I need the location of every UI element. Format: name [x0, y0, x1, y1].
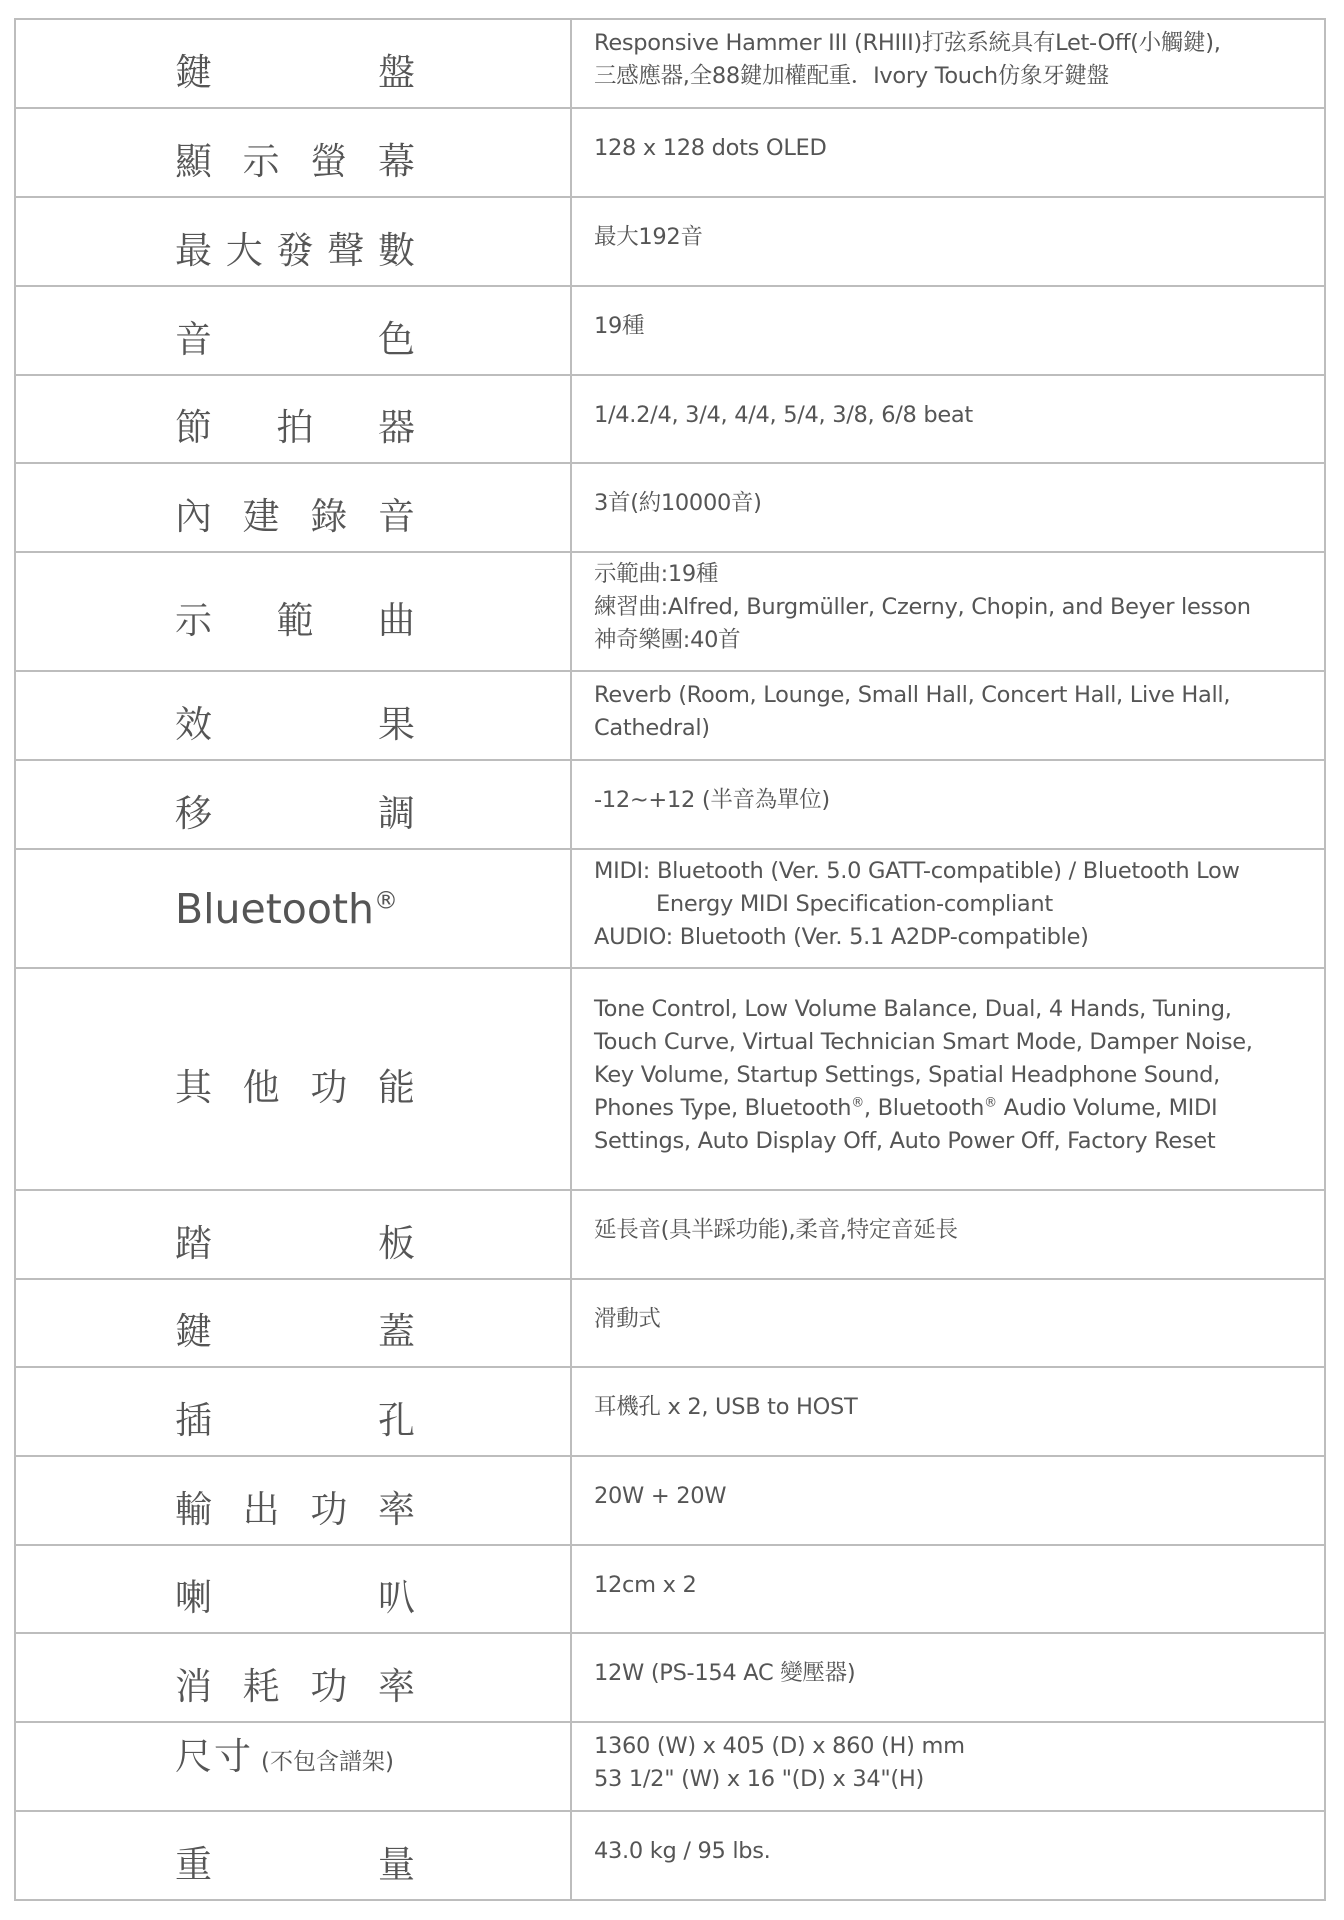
spec-label-cell: 重 量 — [15, 1811, 571, 1900]
spec-value-cell: 最大192音 — [571, 197, 1325, 286]
spec-label-cell: Bluetooth® — [15, 849, 571, 968]
spec-value-line: Cathedral) — [594, 712, 1314, 745]
spec-row: 其 他 功 能Tone Control, Low Volume Balance,… — [15, 968, 1325, 1190]
spec-value-cell: -12~+12 (半音為單位) — [571, 760, 1325, 849]
spec-label-cell: 輸 出 功 率 — [15, 1456, 571, 1545]
spec-row: 踏 板延長音(具半踩功能),柔音,特定音延長 — [15, 1190, 1325, 1279]
spec-label-cell: 鍵 盤 — [15, 19, 571, 108]
spec-value-line: Responsive Hammer III (RHIII)打弦系統具有Let-O… — [594, 27, 1314, 60]
spec-label: 喇 叭 — [175, 1558, 415, 1620]
spec-value-line: 耳機孔 x 2, USB to HOST — [594, 1391, 1314, 1424]
spec-label-cell: 示 範 曲 — [15, 552, 571, 671]
spec-label: 鍵 蓋 — [175, 1292, 415, 1354]
spec-value-line: Key Volume, Startup Settings, Spatial He… — [594, 1059, 1314, 1092]
spec-label-cell: 鍵 蓋 — [15, 1279, 571, 1367]
spec-value-cell: 20W + 20W — [571, 1456, 1325, 1545]
spec-label-cell: 消 耗 功 率 — [15, 1633, 571, 1722]
spec-value-line: Settings, Auto Display Off, Auto Power O… — [594, 1125, 1314, 1158]
spec-row: 鍵 蓋滑動式 — [15, 1279, 1325, 1367]
spec-value-line: 神奇樂團:40首 — [594, 624, 1314, 657]
spec-value-cell: 1/4.2/4, 3/4, 4/4, 5/4, 3/8, 6/8 beat — [571, 375, 1325, 463]
spec-value-line: MIDI: Bluetooth (Ver. 5.0 GATT-compatibl… — [594, 855, 1314, 888]
spec-value-line: 43.0 kg / 95 lbs. — [594, 1835, 1314, 1868]
spec-value-line: 128 x 128 dots OLED — [594, 132, 1314, 165]
spec-value-line: 12cm x 2 — [594, 1569, 1314, 1602]
spec-value-cell: 3首(約10000音) — [571, 463, 1325, 552]
spec-value-line: 練習曲:Alfred, Burgmüller, Czerny, Chopin, … — [594, 591, 1314, 624]
spec-value-cell: Responsive Hammer III (RHIII)打弦系統具有Let-O… — [571, 19, 1325, 108]
spec-row: 喇 叭12cm x 2 — [15, 1545, 1325, 1633]
spec-label: 鍵 盤 — [175, 33, 415, 95]
spec-value-cell: MIDI: Bluetooth (Ver. 5.0 GATT-compatibl… — [571, 849, 1325, 968]
spec-label: Bluetooth® — [175, 887, 570, 931]
spec-table-body: 鍵 盤Responsive Hammer III (RHIII)打弦系統具有Le… — [15, 19, 1325, 1900]
registered-mark: ® — [851, 1095, 864, 1110]
registered-mark: ® — [374, 886, 398, 914]
spec-value-line: 1/4.2/4, 3/4, 4/4, 5/4, 3/8, 6/8 beat — [594, 399, 1314, 432]
spec-label: 示 範 曲 — [175, 581, 415, 643]
spec-value-line: 3首(約10000音) — [594, 487, 1314, 520]
spec-label-note: (不包含譜架) — [261, 1749, 394, 1775]
spec-label: 移 調 — [175, 774, 415, 836]
spec-value-cell: 128 x 128 dots OLED — [571, 108, 1325, 197]
spec-label-cell: 內 建 錄 音 — [15, 463, 571, 552]
spec-value-line: 12W (PS-154 AC 變壓器) — [594, 1657, 1314, 1690]
spec-value-line: 20W + 20W — [594, 1480, 1314, 1513]
spec-row: 插 孔耳機孔 x 2, USB to HOST — [15, 1367, 1325, 1456]
spec-value-cell: 耳機孔 x 2, USB to HOST — [571, 1367, 1325, 1456]
spec-value-cell: Tone Control, Low Volume Balance, Dual, … — [571, 968, 1325, 1190]
spec-label-cell: 尺寸(不包含譜架) — [15, 1722, 571, 1811]
spec-row: 鍵 盤Responsive Hammer III (RHIII)打弦系統具有Le… — [15, 19, 1325, 108]
spec-row: 移 調-12~+12 (半音為單位) — [15, 760, 1325, 849]
spec-row: 內 建 錄 音3首(約10000音) — [15, 463, 1325, 552]
spec-value-line: Touch Curve, Virtual Technician Smart Mo… — [594, 1026, 1314, 1059]
spec-label: 最 大 發 聲 數 — [175, 211, 415, 273]
spec-label-cell: 喇 叭 — [15, 1545, 571, 1633]
spec-label-cell: 節 拍 器 — [15, 375, 571, 463]
spec-label: 顯 示 螢 幕 — [175, 122, 415, 184]
spec-row: 輸 出 功 率20W + 20W — [15, 1456, 1325, 1545]
spec-value-line: 示範曲:19種 — [594, 558, 1314, 591]
spec-row: 節 拍 器1/4.2/4, 3/4, 4/4, 5/4, 3/8, 6/8 be… — [15, 375, 1325, 463]
spec-value-cell: 19種 — [571, 286, 1325, 375]
spec-value-cell: 1360 (W) x 405 (D) x 860 (H) mm53 1/2" (… — [571, 1722, 1325, 1811]
spec-label-cell: 其 他 功 能 — [15, 968, 571, 1190]
spec-value-line: 三感應器,全88鍵加權配重．Ivory Touch仿象牙鍵盤 — [594, 60, 1314, 93]
spec-label-cell: 音 色 — [15, 286, 571, 375]
spec-value-cell: 43.0 kg / 95 lbs. — [571, 1811, 1325, 1900]
spec-value-cell: Reverb (Room, Lounge, Small Hall, Concer… — [571, 671, 1325, 760]
spec-value-line: 53 1/2" (W) x 16 "(D) x 34"(H) — [594, 1763, 1314, 1796]
spec-value-line: Tone Control, Low Volume Balance, Dual, … — [594, 993, 1314, 1026]
spec-row: 尺寸(不包含譜架)1360 (W) x 405 (D) x 860 (H) mm… — [15, 1722, 1325, 1811]
spec-label-cell: 顯 示 螢 幕 — [15, 108, 571, 197]
spec-label: 其 他 功 能 — [175, 1048, 415, 1110]
spec-value-cell: 延長音(具半踩功能),柔音,特定音延長 — [571, 1190, 1325, 1279]
spec-value-line: 滑動式 — [594, 1303, 1314, 1336]
spec-value-line: Phones Type, Bluetooth®, Bluetooth® Audi… — [594, 1092, 1314, 1125]
spec-row: 最 大 發 聲 數最大192音 — [15, 197, 1325, 286]
spec-label-cell: 踏 板 — [15, 1190, 571, 1279]
spec-row: 重 量43.0 kg / 95 lbs. — [15, 1811, 1325, 1900]
spec-label: 插 孔 — [175, 1381, 415, 1443]
spec-label-cell: 插 孔 — [15, 1367, 571, 1456]
spec-row: Bluetooth®MIDI: Bluetooth (Ver. 5.0 GATT… — [15, 849, 1325, 968]
spec-label-text: 尺寸 — [175, 1735, 253, 1778]
spec-label-cell: 移 調 — [15, 760, 571, 849]
spec-value-line: AUDIO: Bluetooth (Ver. 5.1 A2DP-compatib… — [594, 921, 1314, 954]
spec-value-cell: 12cm x 2 — [571, 1545, 1325, 1633]
spec-value-cell: 12W (PS-154 AC 變壓器) — [571, 1633, 1325, 1722]
spec-label-text: Bluetooth — [175, 885, 374, 933]
spec-label: 消 耗 功 率 — [175, 1647, 415, 1709]
spec-label: 踏 板 — [175, 1204, 415, 1266]
spec-value-line: 19種 — [594, 310, 1314, 343]
spec-value-line: -12~+12 (半音為單位) — [594, 784, 1314, 817]
spec-row: 音 色19種 — [15, 286, 1325, 375]
spec-label: 輸 出 功 率 — [175, 1470, 415, 1532]
spec-row: 效 果Reverb (Room, Lounge, Small Hall, Con… — [15, 671, 1325, 760]
spec-label: 尺寸(不包含譜架) — [175, 1735, 570, 1798]
spec-value-cell: 示範曲:19種練習曲:Alfred, Burgmüller, Czerny, C… — [571, 552, 1325, 671]
spec-label-cell: 最 大 發 聲 數 — [15, 197, 571, 286]
spec-value-line: Reverb (Room, Lounge, Small Hall, Concer… — [594, 679, 1314, 712]
spec-row: 示 範 曲示範曲:19種練習曲:Alfred, Burgmüller, Czer… — [15, 552, 1325, 671]
spec-label: 內 建 錄 音 — [175, 477, 415, 539]
spec-value-line: 最大192音 — [594, 221, 1314, 254]
spec-value-line: Energy MIDI Specification-compliant — [594, 888, 1314, 921]
spec-value-cell: 滑動式 — [571, 1279, 1325, 1367]
spec-label: 音 色 — [175, 300, 415, 362]
spec-table: 鍵 盤Responsive Hammer III (RHIII)打弦系統具有Le… — [14, 18, 1326, 1901]
spec-label: 節 拍 器 — [175, 388, 415, 450]
spec-value-line: 延長音(具半踩功能),柔音,特定音延長 — [594, 1214, 1314, 1247]
spec-value-line: 1360 (W) x 405 (D) x 860 (H) mm — [594, 1730, 1314, 1763]
registered-mark: ® — [984, 1095, 997, 1110]
spec-label: 重 量 — [175, 1825, 415, 1887]
spec-label: 效 果 — [175, 685, 415, 747]
spec-label-cell: 效 果 — [15, 671, 571, 760]
spec-row: 消 耗 功 率12W (PS-154 AC 變壓器) — [15, 1633, 1325, 1722]
spec-row: 顯 示 螢 幕128 x 128 dots OLED — [15, 108, 1325, 197]
